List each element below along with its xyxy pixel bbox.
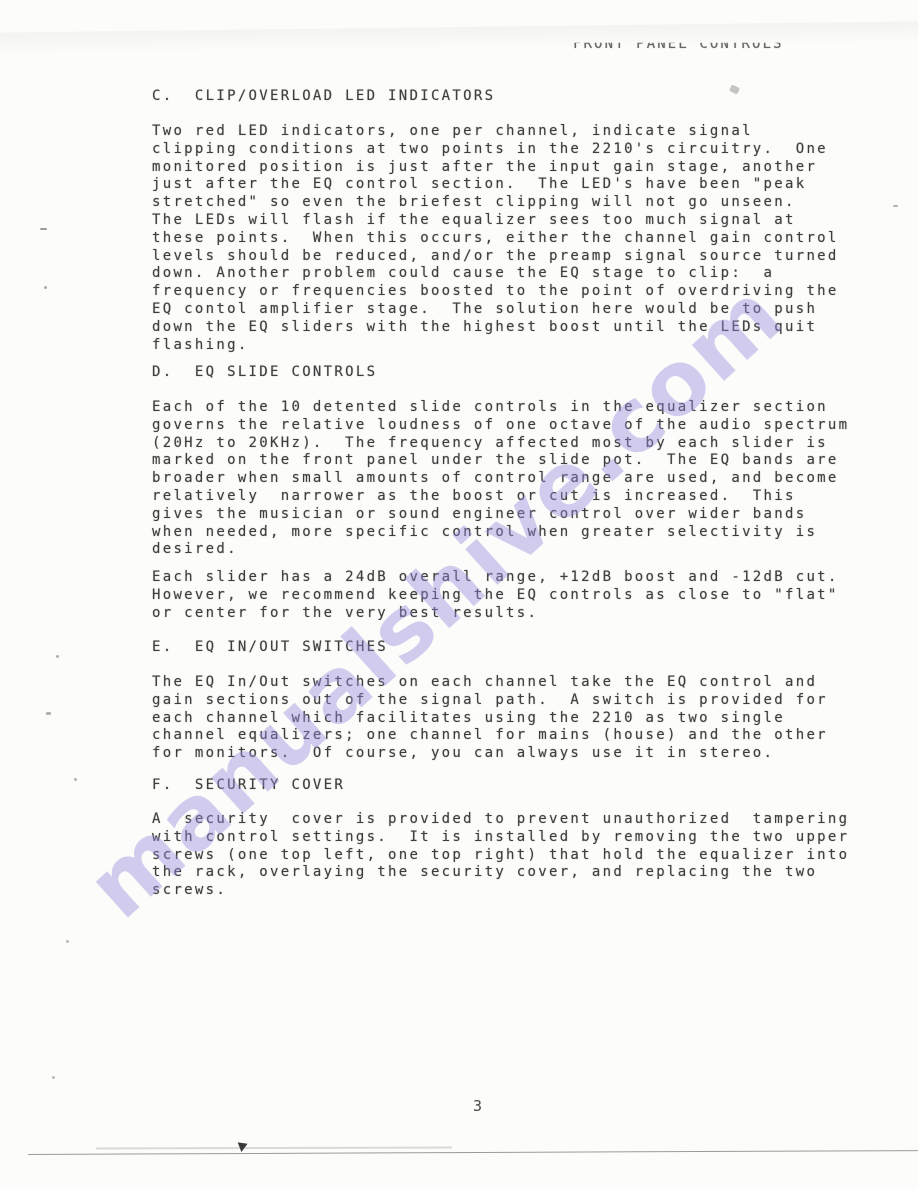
scan-speck [52, 1076, 55, 1079]
section-c-paragraph: Two red LED indicators, one per channel,… [152, 123, 839, 354]
scan-smudge [729, 84, 740, 94]
section-d-heading: D. EQ SLIDE CONTROLS [152, 364, 377, 382]
section-c-heading: C. CLIP/OVERLOAD LED INDICATORS [152, 88, 495, 106]
scan-speck [40, 228, 47, 230]
footer-triangle-marker [236, 1142, 247, 1152]
section-e-paragraph: The EQ In/Out switches on each channel t… [152, 674, 828, 763]
footer-rule-faint [96, 1147, 452, 1150]
footer-rule [28, 1150, 918, 1155]
scanned-manual-page: FRONT PANEL CONTROLS C. CLIP/OVERLOAD LE… [0, 0, 918, 1188]
scan-speck [56, 655, 59, 658]
section-d-paragraph-1: Each of the 10 detented slide controls i… [152, 399, 849, 559]
section-f-heading: F. SECURITY COVER [152, 777, 345, 795]
scan-speck [74, 778, 77, 781]
scan-speck [66, 940, 69, 943]
scan-speck [46, 712, 51, 715]
scan-speck [44, 286, 47, 289]
section-f-paragraph: A security cover is provided to prevent … [152, 811, 849, 900]
section-d-paragraph-2: Each slider has a 24dB overall range, +1… [152, 569, 839, 622]
page-number: 3 [473, 1097, 482, 1115]
section-e-heading: E. EQ IN/OUT SWITCHES [152, 639, 388, 657]
scan-speck [893, 205, 898, 207]
